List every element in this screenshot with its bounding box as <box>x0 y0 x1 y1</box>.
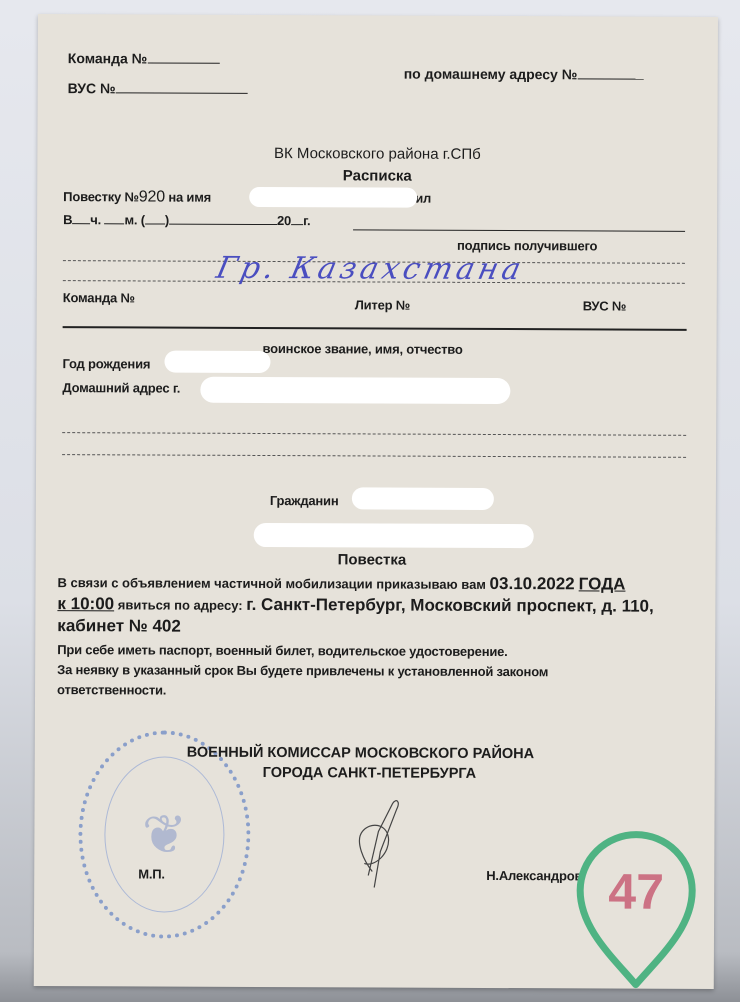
signer-name: Н.Александров <box>486 868 582 883</box>
redacted-name <box>249 187 417 208</box>
rank-caption: воинское звание, имя, отчество <box>263 341 463 357</box>
header-vus-field: ВУС № <box>68 80 248 97</box>
receipt-title: Расписка <box>67 166 687 186</box>
liability-line-2: ответственности. <box>57 682 166 697</box>
summons-address: г. Санкт-Петербург, Московский проспект,… <box>246 595 654 616</box>
dashed-line <box>62 432 686 436</box>
liability-line-1: За неявку в указанный срок Вы будете при… <box>57 662 548 679</box>
redacted-birth-year <box>164 351 270 373</box>
citizen-label: Гражданин <box>270 493 339 508</box>
receipt-time-line: Вч. м. ()20г. <box>63 212 310 228</box>
summons-body-line-1: В связи с объявлением частичной мобилиза… <box>57 572 625 594</box>
summons-number-prefix: Повестку № <box>63 189 139 204</box>
name-label: на имя <box>168 190 211 205</box>
dashed-line <box>62 454 686 458</box>
watermark-number: 47 <box>608 863 664 919</box>
handwritten-citizenship: Гр. Казахстана <box>213 251 528 287</box>
summons-body-line-2: к 10:00 явиться по адресу: г. Санкт-Пете… <box>57 594 653 617</box>
military-office-title: ВК Московского района г.СПб <box>37 144 717 164</box>
redacted-address <box>200 377 510 404</box>
receipt-team-label: Команда № <box>63 290 135 305</box>
summons-paper: Команда № ВУС № по домашнему адресу № ВК… <box>34 14 718 989</box>
bring-documents: При себе иметь паспорт, военный билет, в… <box>57 642 507 659</box>
summons-intro: В связи с объявлением частичной мобилиза… <box>57 575 485 592</box>
eagle-emblem-icon: ❦ <box>142 803 188 866</box>
redacted-citizen-details <box>254 523 534 548</box>
receipt-liter-label: Литер № <box>355 297 410 312</box>
commissar-title-line-1: ВОЕННЫЙ КОМИССАР МОСКОВСКОГО РАЙОНА <box>187 745 534 763</box>
header-home-address-field: по домашнему адресу № <box>404 66 644 83</box>
official-seal: ❦ <box>78 730 251 939</box>
header-team-field: Команда № <box>68 50 220 67</box>
signature-line <box>353 229 685 231</box>
home-address-label: Домашний адрес г. <box>62 380 180 396</box>
summons-room: кабинет № 402 <box>57 616 181 637</box>
summons-appear-text: явиться по адресу: <box>118 597 243 613</box>
summons-number: 920 <box>139 188 165 205</box>
summons-time: к 10:00 <box>57 594 114 613</box>
receipt-vus-label: ВУС № <box>583 298 627 313</box>
summons-title: Повестка <box>338 551 407 568</box>
birth-year-label: Год рождения <box>62 356 150 371</box>
header-vus-label: ВУС № <box>68 80 116 96</box>
commissar-title-line-2: ГОРОДА САНКТ-ПЕТЕРБУРГА <box>263 765 477 782</box>
summons-date-suffix: ГОДА <box>579 574 626 593</box>
seal-place-label: М.П. <box>138 866 165 881</box>
redacted-citizen-name <box>352 487 494 510</box>
solid-line <box>63 326 687 331</box>
header-home-address-label: по домашнему адресу № <box>404 66 578 83</box>
header-team-label: Команда № <box>68 50 148 66</box>
watermark-pin-icon: 47 <box>574 828 699 993</box>
handwritten-signature <box>334 791 414 891</box>
summons-date: 03.10.2022 <box>490 574 575 593</box>
